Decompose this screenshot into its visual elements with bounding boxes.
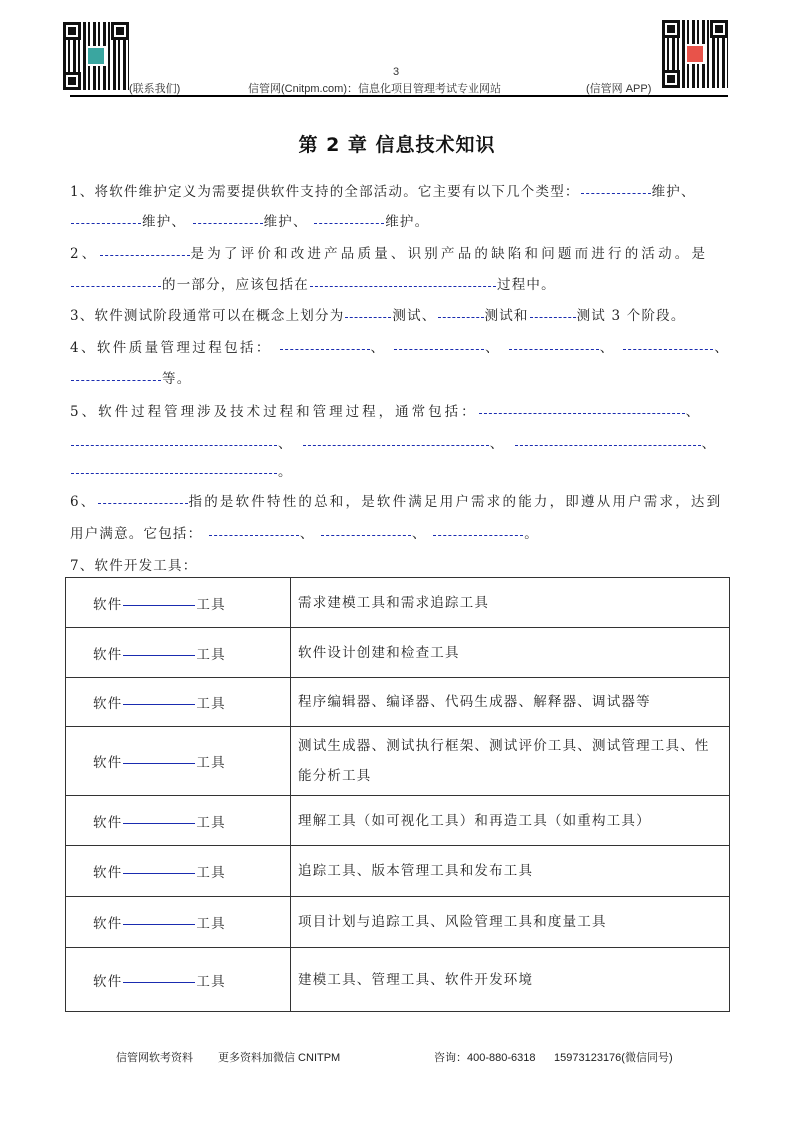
header-rule [70,95,728,97]
answer-blank[interactable] [345,316,391,318]
question-6-text-2: 用户满意。它包括： [70,526,202,542]
answer-blank[interactable] [71,379,161,381]
site-tagline: 信管网(Cnitpm.com)：信息化项目管理考试专业网站 [248,80,501,96]
answer-blank[interactable] [209,534,299,536]
footer-brand: 信管网软考资料 [116,1049,193,1065]
question-7-label: 7、软件开发工具： [70,554,197,574]
question-2-prefix: 2、 [70,246,99,262]
question-1-line-1: 1、将软件维护定义为需要提供软件支持的全部活动。它主要有以下几个类型：维护、 [70,180,696,200]
tool-description-cell: 理解工具（如可视化工具）和再造工具（如重构工具） [291,796,730,846]
software-tools-table: 软件工具 需求建模工具和需求追踪工具 软件工具 软件设计创建和检查工具 软件工具… [65,577,730,1012]
answer-blank[interactable] [581,192,651,194]
question-1-line-2: 维护、 维护、 维护。 [70,210,429,230]
cell-suffix: 工具 [196,865,225,881]
answer-blank[interactable] [433,534,523,536]
question-5-line-1: 5、软件过程管理涉及技术过程和管理过程，通常包括：、 [70,400,702,420]
cell-prefix: 软件 [93,755,122,771]
qr-logo-icon [86,46,106,66]
tool-description-cell: 测试生成器、测试执行框架、测试评价工具、测试管理工具、性能分析工具 [291,727,730,796]
question-3: 3、软件测试阶段通常可以在概念上划分为测试、测试和测试 3 个阶段。 [70,304,686,324]
question-3-prefix: 3、软件测试阶段通常可以在概念上划分为 [70,308,344,324]
footer-consult-phone: 咨询：400-880-6318 [434,1049,536,1065]
question-4-prefix: 4、软件质量管理过程包括： [70,340,272,356]
cell-prefix: 软件 [93,815,122,831]
cell-suffix: 工具 [196,916,225,932]
cell-prefix: 软件 [93,696,122,712]
text-segment: 。 [278,464,293,480]
tool-category-cell: 软件工具 [66,796,291,846]
tool-category-cell: 软件工具 [66,678,291,727]
answer-blank[interactable] [123,823,195,824]
answer-blank[interactable] [303,444,489,446]
separator: 、 [371,340,387,356]
separator: 、 [702,436,719,452]
text-segment: 维护。 [385,214,429,230]
answer-blank[interactable] [100,254,190,256]
text-segment: 等。 [162,371,191,387]
answer-blank[interactable] [123,873,195,874]
tool-category-cell: 软件工具 [66,846,291,897]
cell-prefix: 软件 [93,597,122,613]
question-5-prefix: 5、软件过程管理涉及技术过程和管理过程，通常包括： [70,404,478,420]
question-2-line-2: 的一部分，应该包括在过程中。 [70,273,556,293]
tool-description-cell: 软件设计创建和检查工具 [291,628,730,678]
separator: 、 [686,404,703,420]
question-2-text: 是为了评价和改进产品质量、识别产品的缺陷和问题而进行的活动。是 [191,246,709,262]
question-5-line-3: 。 [70,460,293,480]
separator: 、 [490,436,507,452]
question-4-line-2: 等。 [70,367,191,387]
text-segment: 测试、 [392,308,436,324]
table-row: 软件工具 需求建模工具和需求追踪工具 [66,578,730,628]
answer-blank[interactable] [479,412,685,414]
app-caption: (信管网 APP) [586,80,651,96]
answer-blank[interactable] [623,348,713,350]
cell-suffix: 工具 [196,974,225,990]
qr-logo-icon [685,44,705,64]
tool-category-cell: 软件工具 [66,727,291,796]
question-6-prefix: 6、 [70,494,97,510]
answer-blank[interactable] [515,444,701,446]
question-6-text: 指的是软件特性的总和，是软件满足用户需求的能力，即遵从用户需求，达到 [189,494,723,510]
table-row: 软件工具 测试生成器、测试执行框架、测试评价工具、测试管理工具、性能分析工具 [66,727,730,796]
cell-suffix: 工具 [196,815,225,831]
text-segment: 维护、 [142,214,186,230]
question-6-line-2: 用户满意。它包括： 、 、 。 [70,522,539,542]
text-segment: 的一部分，应该包括在 [162,277,309,293]
text-segment: 测试和 [485,308,529,324]
table-row: 软件工具 理解工具（如可视化工具）和再造工具（如重构工具） [66,796,730,846]
table-row: 软件工具 软件设计创建和检查工具 [66,628,730,678]
footer-mobile: 15973123176(微信同号) [554,1049,673,1065]
answer-blank[interactable] [310,285,496,287]
tool-category-cell: 软件工具 [66,897,291,948]
contact-us-caption: (联系我们) [129,80,180,96]
tool-description-cell: 需求建模工具和需求追踪工具 [291,578,730,628]
answer-blank[interactable] [71,444,277,446]
cell-prefix: 软件 [93,865,122,881]
question-2-line-1: 2、是为了评价和改进产品质量、识别产品的缺陷和问题而进行的活动。是 [70,242,708,262]
answer-blank[interactable] [123,605,195,606]
app-qr-code [662,20,728,88]
answer-blank[interactable] [123,704,195,705]
question-1-suffix: 维护、 [652,184,696,200]
text-segment: 维护、 [264,214,308,230]
table-row: 软件工具 程序编辑器、编译器、代码生成器、解释器、调试器等 [66,678,730,727]
cell-suffix: 工具 [196,696,225,712]
cell-prefix: 软件 [93,916,122,932]
tool-description-cell: 程序编辑器、编译器、代码生成器、解释器、调试器等 [291,678,730,727]
tool-description-cell: 项目计划与追踪工具、风险管理工具和度量工具 [291,897,730,948]
answer-blank[interactable] [123,763,195,764]
answer-blank[interactable] [314,222,384,224]
cell-prefix: 软件 [93,974,122,990]
answer-blank[interactable] [71,222,141,224]
separator: 、 [300,526,315,542]
separator: 、 [412,526,427,542]
answer-blank[interactable] [123,924,195,925]
contact-qr-code [63,22,129,90]
separator: 、 [600,340,616,356]
answer-blank[interactable] [280,348,370,350]
question-6-line-1: 6、指的是软件特性的总和，是软件满足用户需求的能力，即遵从用户需求，达到 [70,490,722,510]
question-5-line-2: 、 、 、 [70,432,718,452]
tool-category-cell: 软件工具 [66,948,291,1012]
answer-blank[interactable] [71,472,277,474]
answer-blank[interactable] [98,502,188,504]
cell-suffix: 工具 [196,647,225,663]
separator: 、 [485,340,501,356]
page-number: 3 [393,66,399,78]
cell-prefix: 软件 [93,647,122,663]
answer-blank[interactable] [193,222,263,224]
chapter-title: 第 2 章 信息技术知识 [0,130,794,157]
footer-wechat: 更多资料加微信 CNITPM [218,1049,340,1065]
answer-blank[interactable] [123,982,195,983]
question-1-text: 1、将软件维护定义为需要提供软件支持的全部活动。它主要有以下几个类型： [70,184,580,200]
tool-category-cell: 软件工具 [66,578,291,628]
separator: 、 [278,436,295,452]
answer-blank[interactable] [530,316,576,318]
separator: 、 [714,340,730,356]
answer-blank[interactable] [123,655,195,656]
table-row: 软件工具 建模工具、管理工具、软件开发环境 [66,948,730,1012]
answer-blank[interactable] [438,316,484,318]
tool-description-cell: 追踪工具、版本管理工具和发布工具 [291,846,730,897]
answer-blank[interactable] [394,348,484,350]
table-row: 软件工具 追踪工具、版本管理工具和发布工具 [66,846,730,897]
table-row: 软件工具 项目计划与追踪工具、风险管理工具和度量工具 [66,897,730,948]
tool-category-cell: 软件工具 [66,628,291,678]
text-segment: 。 [524,526,539,542]
answer-blank[interactable] [321,534,411,536]
text-segment: 过程中。 [497,277,556,293]
answer-blank[interactable] [71,285,161,287]
question-4-line-1: 4、软件质量管理过程包括： 、 、 、 、 [70,336,730,356]
cell-suffix: 工具 [196,597,225,613]
answer-blank[interactable] [509,348,599,350]
cell-suffix: 工具 [196,755,225,771]
tool-description-cell: 建模工具、管理工具、软件开发环境 [291,948,730,1012]
text-segment: 测试 3 个阶段。 [577,308,686,324]
